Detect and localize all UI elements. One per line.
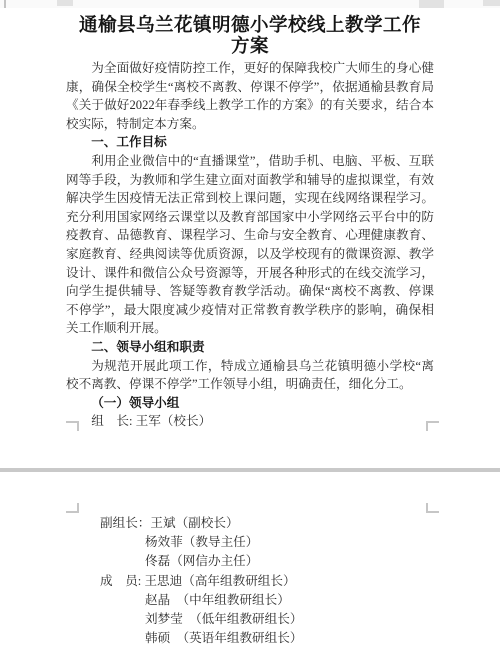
member-line: 赵晶 （中年组教研组长） (100, 591, 500, 610)
member-line: 成 员: 王思迪（高年组教研组长） (100, 572, 500, 591)
member-name: 王思迪（高年组教研组长） (144, 574, 295, 588)
paragraph-intro: 为全面做好疫情防控工作，更好的保障我校广大师生的身心健康，确保全校学生“离校不离… (66, 59, 434, 133)
text-boundary-mark (66, 421, 79, 431)
deputy-leader-name: 王斌（副校长） (150, 516, 238, 530)
page-2: 副组长：王斌（副校长） 杨效菲（教导主任） 佟磊（网信办主任） 成 员: 王思迪… (0, 472, 500, 647)
leading-group-roster: 副组长：王斌（副校长） 杨效菲（教导主任） 佟磊（网信办主任） 成 员: 王思迪… (0, 472, 500, 647)
deputy-leader-name: 佟磊（网信办主任） (145, 554, 258, 568)
section-heading-work-goal: 一、工作目标 (66, 133, 434, 152)
member-name: 韩硕 （英语年组教研组长） (145, 631, 302, 645)
member-name: 刘梦莹 （低年组教研组长） (145, 612, 302, 626)
deputy-leader-line: 杨效菲（教导主任） (100, 533, 500, 552)
section-heading-leading-group: 二、领导小组和职责 (66, 338, 434, 357)
deputy-leader-name: 杨效菲（教导主任） (145, 535, 258, 549)
text-boundary-mark (426, 421, 439, 431)
text-boundary-mark (66, 503, 79, 513)
paragraph-work-goal: 利用企业微信中的“直播课堂”，借助手机、电脑、平板、互联网等手段，为教师和学生建… (66, 152, 434, 338)
group-leader-line: 组 长: 王军（校长） (66, 412, 434, 431)
text-boundary-mark (426, 503, 439, 513)
document-viewer: 通榆县乌兰花镇明德小学校线上教学工作方案 为全面做好疫情防控工作，更好的保障我校… (0, 0, 500, 647)
page-1: 通榆县乌兰花镇明德小学校线上教学工作方案 为全面做好疫情防控工作，更好的保障我校… (0, 8, 500, 468)
toolbar-fragment (57, 0, 73, 6)
member-line: 刘梦莹 （低年组教研组长） (100, 610, 500, 629)
paragraph-leading-group: 为规范开展此项工作，特成立通榆县乌兰花镇明德小学校“离校不离教、停课不停学”工作… (66, 357, 434, 394)
toolbar-fragment (483, 0, 500, 6)
subsection-heading-leading-group: （一）领导小组 (66, 394, 434, 413)
page-title: 通榆县乌兰花镇明德小学校线上教学工作方案 (72, 14, 428, 56)
member-label: 成 员: (100, 574, 144, 588)
deputy-leader-line: 佟磊（网信办主任） (100, 552, 500, 571)
deputy-leader-line: 副组长：王斌（副校长） (100, 514, 500, 533)
member-name: 赵晶 （中年组教研组长） (145, 593, 290, 607)
toolbar-fragment (419, 0, 444, 8)
deputy-leader-label: 副组长： (100, 516, 150, 530)
member-line: 韩硕 （英语年组教研组长） (100, 629, 500, 647)
